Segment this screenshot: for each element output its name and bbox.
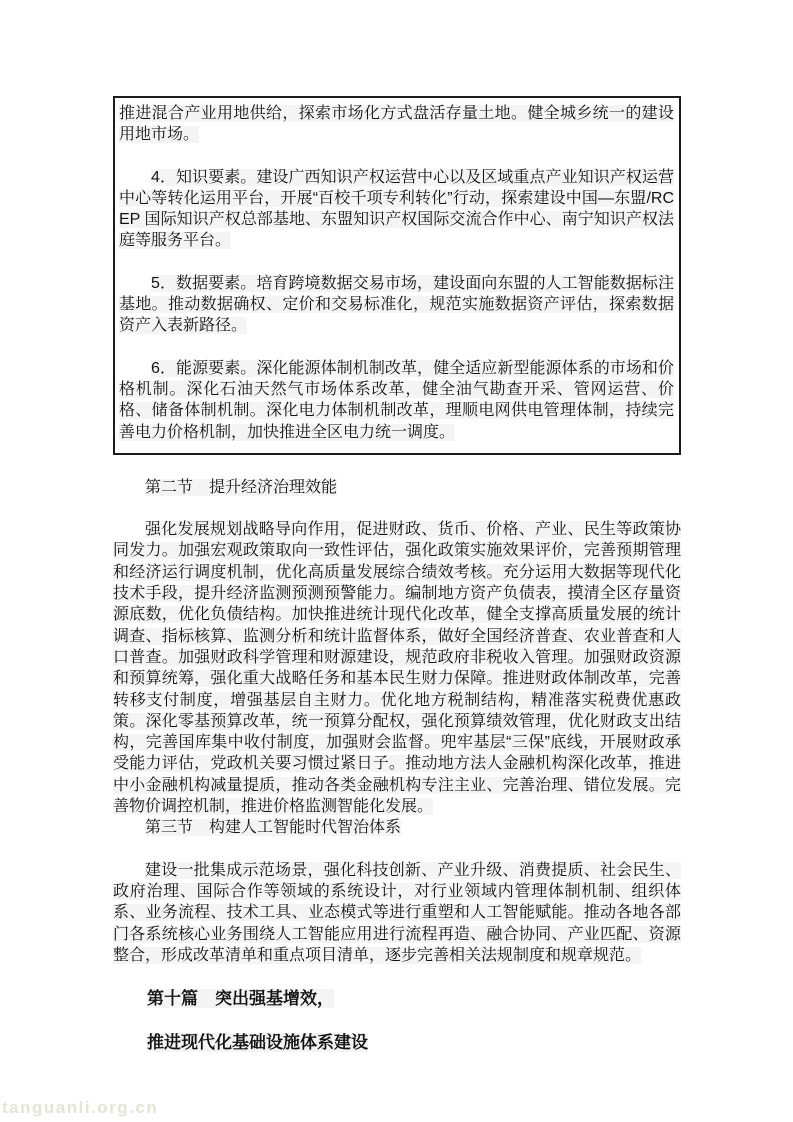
paragraph-text: 4．知识要素。建设广西知识产权运营中心以及区域重点产业知识产权运营中心等转化运用… [119, 169, 674, 250]
paragraph: 6．能源要素。深化能源体制机制改革，健全适应新型能源体系的市场和价格机制。深化石… [119, 358, 674, 443]
paragraph: 推进混合产业用地供给，探索市场化方式盘活存量土地。健全城乡统一的建设用地市场。 [119, 103, 674, 146]
site-watermark: tanguanli.org.cn [2, 1098, 158, 1118]
part-heading-text: 推进现代化基础设施体系建设 [147, 1033, 368, 1052]
section-heading-3: 第三节 构建人工智能时代智治体系 [113, 817, 681, 838]
section-heading-text: 第二节 提升经济治理效能 [145, 479, 337, 496]
section-heading-2: 第二节 提升经济治理效能 [113, 477, 681, 498]
part-heading-line-2: 推进现代化基础设施体系建设 [113, 1032, 681, 1053]
document-page: 推进混合产业用地供给，探索市场化方式盘活存量土地。健全城乡统一的建设用地市场。 … [113, 96, 681, 1054]
section-heading-text: 第三节 构建人工智能时代智治体系 [145, 819, 401, 836]
boxed-text-block: 推进混合产业用地供给，探索市场化方式盘活存量土地。健全城乡统一的建设用地市场。 … [113, 96, 681, 455]
paragraph-text: 5．数据要素。培育跨境数据交易市场，建设面向东盟的人工智能数据标注基地。推动数据… [119, 275, 674, 335]
paragraph-text: 建设一批集成示范场景，强化科技创新、产业升级、消费提质、社会民生、政府治理、国际… [113, 862, 681, 964]
paragraph-text: 强化发展规划战略导向作用，促进财政、货币、价格、产业、民生等政策协同发力。加强宏… [113, 521, 681, 815]
paragraph-text: 推进混合产业用地供给，探索市场化方式盘活存量土地。健全城乡统一的建设用地市场。 [119, 105, 674, 143]
paragraph: 4．知识要素。建设广西知识产权运营中心以及区域重点产业知识产权运营中心等转化运用… [119, 167, 674, 252]
section-2-paragraph: 强化发展规划战略导向作用，促进财政、货币、价格、产业、民生等政策协同发力。加强宏… [113, 519, 681, 817]
paragraph-text: 6．能源要素。深化能源体制机制改革，健全适应新型能源体系的市场和价格机制。深化石… [119, 360, 674, 441]
section-3-paragraph: 建设一批集成示范场景，强化科技创新、产业升级、消费提质、社会民生、政府治理、国际… [113, 860, 681, 966]
part-heading-line-1: 第十篇 突出强基增效， [113, 988, 681, 1009]
part-heading-text: 第十篇 突出强基增效， [147, 989, 334, 1008]
paragraph: 5．数据要素。培育跨境数据交易市场，建设面向东盟的人工智能数据标注基地。推动数据… [119, 273, 674, 337]
